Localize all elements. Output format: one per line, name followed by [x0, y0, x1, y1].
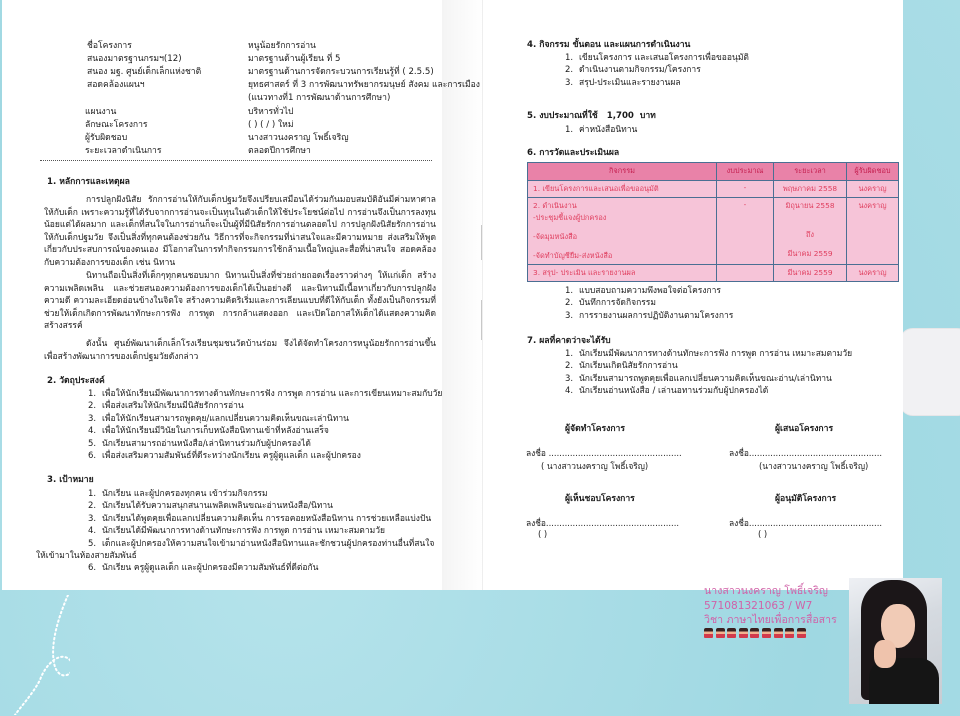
section-5-title: 5. งบประมาณที่ใช้ 1,700 บาท — [527, 111, 656, 122]
cell-owner: นงคราญ — [847, 198, 899, 265]
header-value: นางสาวนงคราญ โพธิ์เจริญ — [248, 133, 349, 144]
signature-name: ( ) — [758, 529, 767, 539]
list-item: 3.สรุป-ประเมินและรายงานผล — [565, 77, 749, 89]
section-3-title: 3. เป้าหมาย — [47, 475, 94, 486]
paragraph-text: ดังนั้น ศูนย์พัฒนาเด็กเล็กโรงเรียนชุมชนว… — [44, 339, 436, 362]
header-value: (แนวทางที่1 การพัฒนาด้านการศึกษา) — [248, 93, 390, 104]
header-label: ลักษณะโครงการ — [85, 120, 148, 131]
list-item: 3.นักเรียนได้พูดคุยเพื่อแลกเปลี่ยนความคิ… — [88, 513, 434, 525]
girl-emoji-icon — [774, 628, 783, 638]
column-header: ระยะเวลา — [774, 163, 847, 181]
dotted-loop-decoration — [10, 595, 70, 715]
cell-period: มิถุนายน 2558 ถึง มีนาคม 2559 — [774, 198, 847, 265]
budget-unit: บาท — [640, 111, 656, 121]
column-header: ผู้รับผิดชอบ — [847, 163, 899, 181]
header-label: สนอง มฐ. ศูนย์เด็กเล็กแห่งชาติ — [87, 67, 201, 78]
girl-emoji-icon — [727, 628, 736, 638]
list-item: 1.ค่าหนังสือนิทาน — [565, 124, 637, 136]
list-item: 4.นักเรียนอ่านหนังสือ / เล่านอทานร่วมกับ… — [565, 385, 852, 397]
cell-owner: นงคราญ — [847, 265, 899, 282]
cell-activity: 1. เขียนโครงการและเสนอเพื่อขออนุมัติ — [528, 181, 717, 198]
header-value: ยุทธศาสตร์ ที่ 3 การพัฒนาทรัพยากรมนุษย์ … — [248, 80, 480, 91]
table-row: 1. เขียนโครงการและเสนอเพื่อขออนุมัติ - พ… — [528, 181, 899, 198]
evaluation-methods-list: 1.แบบสอบถามความพึงพอใจต่อโครงการ 2.บันทึ… — [565, 285, 733, 322]
paragraph-text: นิทานถือเป็นสิ่งที่เด็กๆทุกคนชอบมาก นิทา… — [44, 271, 436, 331]
objectives-list: 1.เพื่อให้นักเรียนมีพัฒนาการทางด้านทักษะ… — [88, 388, 442, 462]
section-7-title: 7. ผลที่คาดว่าจะได้รับ — [527, 336, 611, 347]
table-row: 3. สรุป- ประเมิน และรายงานผล มีนาคม 2559… — [528, 265, 899, 282]
signature-role: ผู้อนุมัติโครงการ — [775, 491, 836, 505]
cell-budget: - — [717, 198, 774, 265]
section-1-paragraph-3: ดังนั้น ศูนย์พัฒนาเด็กเล็กโรงเรียนชุมชนว… — [44, 338, 436, 363]
divider — [40, 160, 432, 161]
girl-emoji-icon — [704, 628, 713, 638]
cell-budget: - — [717, 181, 774, 198]
signature-role: ผู้เห็นชอบโครงการ — [565, 491, 635, 505]
cell-activity: 3. สรุป- ประเมิน และรายงานผล — [528, 265, 717, 282]
header-value: ตลอดปีการศึกษา — [248, 146, 311, 157]
cell-activity: 2. ดำเนินงาน -ประชุมชี้แจงผู้ปกครอง -จัด… — [528, 198, 717, 265]
signature-role: ผู้จัดทำโครงการ — [565, 421, 625, 435]
header-value: มาตรฐานด้านผู้เรียน ที่ 5 — [248, 54, 341, 65]
girl-emoji-icon — [750, 628, 759, 638]
header-value: บริหารทั่วไป — [248, 107, 293, 118]
paragraph-text: การปลูกฝังนิสัย รักการอ่านให้กับเด็กปฐมว… — [44, 195, 436, 268]
signature-name: ( นางสาวนงคราญ โพธิ์เจริญ) — [541, 459, 648, 473]
list-item: 5.เด็กและผู้ปกครองให้ความสนใจเข้ามาอ่านห… — [88, 538, 434, 550]
signature-name: (นางสาวนางคราญ โพธิ์เจริญ) — [759, 459, 868, 473]
cell-owner: นงคราญ — [847, 181, 899, 198]
author-name: นางสาวนงคราญ โพธิ์เจริญ — [704, 584, 837, 599]
girl-emoji-icon — [785, 628, 794, 638]
header-value: ( ) ( / ) ใหม่ — [248, 120, 294, 131]
header-value: มาตรฐานด้านการจัดกระบวนการเรียนรู้ที่ ( … — [248, 67, 434, 78]
evaluation-table: กิจกรรม งบประมาณ ระยะเวลา ผู้รับผิดชอบ 1… — [527, 162, 899, 282]
list-item: 1.นักเรียน และผู้ปกครองทุกคน เข้าร่วมกิจ… — [88, 488, 434, 500]
expected-results-list: 1.นักเรียนมีพัฒนาการทางด้านทักษะการฟัง ก… — [565, 348, 852, 398]
budget-amount: 1,700 — [607, 111, 634, 121]
column-header: งบประมาณ — [717, 163, 774, 181]
list-item: 3.นักเรียนสามารถพูดคุยเพื่อแลกเปลี่ยนควา… — [565, 373, 852, 385]
list-item: 2.นักเรียนได้รับความสนุกสนานเพลิดเพลินขณ… — [88, 500, 434, 512]
emoji-row — [704, 628, 837, 644]
table-header-row: กิจกรรม งบประมาณ ระยะเวลา ผู้รับผิดชอบ — [528, 163, 899, 181]
budget-label: 5. งบประมาณที่ใช้ — [527, 111, 598, 121]
header-value: หนูน้อยรักการอ่าน — [248, 41, 316, 52]
signature-role: ผู้เสนอโครงการ — [775, 421, 833, 435]
list-item: 1.เพื่อให้นักเรียนมีพัฒนาการทางด้านทักษะ… — [88, 388, 442, 400]
list-item: 2.นักเรียนเกิดนิสัยรักการอ่าน — [565, 360, 852, 372]
column-header: กิจกรรม — [528, 163, 717, 181]
signature-line: ลงชื่อ..................................… — [526, 516, 679, 530]
author-caption: นางสาวนงคราญ โพธิ์เจริญ 571081321063 / W… — [704, 584, 837, 643]
goals-list: 1.นักเรียน และผู้ปกครองทุกคน เข้าร่วมกิจ… — [88, 488, 434, 575]
girl-emoji-icon — [797, 628, 806, 638]
list-item: 5.นักเรียนสามารถอ่านหนังสือ/เล่านิทานร่ว… — [88, 438, 442, 450]
list-item: 4.เพื่อให้นักเรียนมีวินัยในการเก็บหนังสื… — [88, 425, 442, 437]
list-item: 1.เขียนโครงการ และเสนอโครงการเพื่อขออนุม… — [565, 52, 749, 64]
signature-line: ลงชื่อ..................................… — [729, 516, 882, 530]
header-label: ชื่อโครงการ — [87, 41, 132, 52]
cell-period: มีนาคม 2559 — [774, 265, 847, 282]
side-panel-handle[interactable] — [899, 328, 960, 416]
section-1-title: 1. หลักการและเหตุผล — [47, 177, 130, 188]
header-label: แผนงาน — [85, 107, 116, 118]
student-id: 571081321063 / W7 — [704, 599, 837, 614]
section-2-title: 2. วัตถุประสงค์ — [47, 376, 105, 387]
signature-line: ลงชื่อ .................................… — [526, 446, 682, 460]
girl-emoji-icon — [716, 628, 725, 638]
list-item: 6.นักเรียน ครูผู้ดูแลเด็ก และผู้ปกครองมี… — [88, 562, 434, 574]
list-item: 1.นักเรียนมีพัฒนาการทางด้านทักษะการฟัง ก… — [565, 348, 852, 360]
section-1-paragraph-1: การปลูกฝังนิสัย รักการอ่านให้กับเด็กปฐมว… — [44, 194, 436, 269]
list-item: 3.การรายงานผลการปฏิบัติงานตามโครงการ — [565, 310, 733, 322]
list-item: 4.นักเรียนได้มีพัฒนาการทางด้านทักษะการฟั… — [88, 525, 434, 537]
list-item: 2.เพื่อส่งเสริมให้นักเรียนมีนิสัยรักการอ… — [88, 400, 442, 412]
gutter-mark — [481, 225, 482, 260]
header-label: ผู้รับผิดชอบ — [85, 133, 127, 144]
section-1-paragraph-2: นิทานถือเป็นสิ่งที่เด็กๆทุกคนชอบมาก นิทา… — [44, 270, 436, 333]
course-name: วิชา ภาษาไทยเพื่อการสื่อสาร — [704, 613, 837, 628]
section-4-title: 4. กิจกรรม ขั้นตอน และแผนการดำเนินงาน — [527, 40, 690, 51]
list-item: ให้เข้ามาในห้องสายสัมพันธ์ — [88, 550, 434, 562]
activities-list: 1.เขียนโครงการ และเสนอโครงการเพื่อขออนุม… — [565, 52, 749, 89]
header-label: ระยะเวลาดำเนินการ — [85, 146, 161, 157]
section-6-title: 6. การวัดและประเมินผล — [527, 148, 619, 159]
list-item: 2.บันทึกการจัดกิจกรรม — [565, 297, 733, 309]
cell-period: พฤษภาคม 2558 — [774, 181, 847, 198]
list-item: 1.แบบสอบถามความพึงพอใจต่อโครงการ — [565, 285, 733, 297]
list-item: 2.ดำเนินงานตามกิจกรรม/โครงการ — [565, 64, 749, 76]
budget-list: 1.ค่าหนังสือนิทาน — [565, 124, 637, 136]
table-row: 2. ดำเนินงาน -ประชุมชี้แจงผู้ปกครอง -จัด… — [528, 198, 899, 265]
girl-emoji-icon — [762, 628, 771, 638]
header-label: สอดคล้องแผนฯ — [87, 80, 145, 91]
signature-name: ( ) — [538, 529, 547, 539]
cell-budget — [717, 265, 774, 282]
author-photo — [849, 578, 942, 704]
signature-line: ลงชื่อ..................................… — [729, 446, 882, 460]
list-item: 6.เพื่อส่งเสริมความสัมพันธ์ที่ดีระหว่างน… — [88, 450, 442, 462]
girl-emoji-icon — [739, 628, 748, 638]
header-label: สนองมาตรฐานกรมฯ(12) — [87, 54, 182, 65]
list-item: 3.เพื่อให้นักเรียนสามารถพูดคุย/แลกเปลี่ย… — [88, 413, 442, 425]
gutter-mark — [481, 300, 482, 340]
